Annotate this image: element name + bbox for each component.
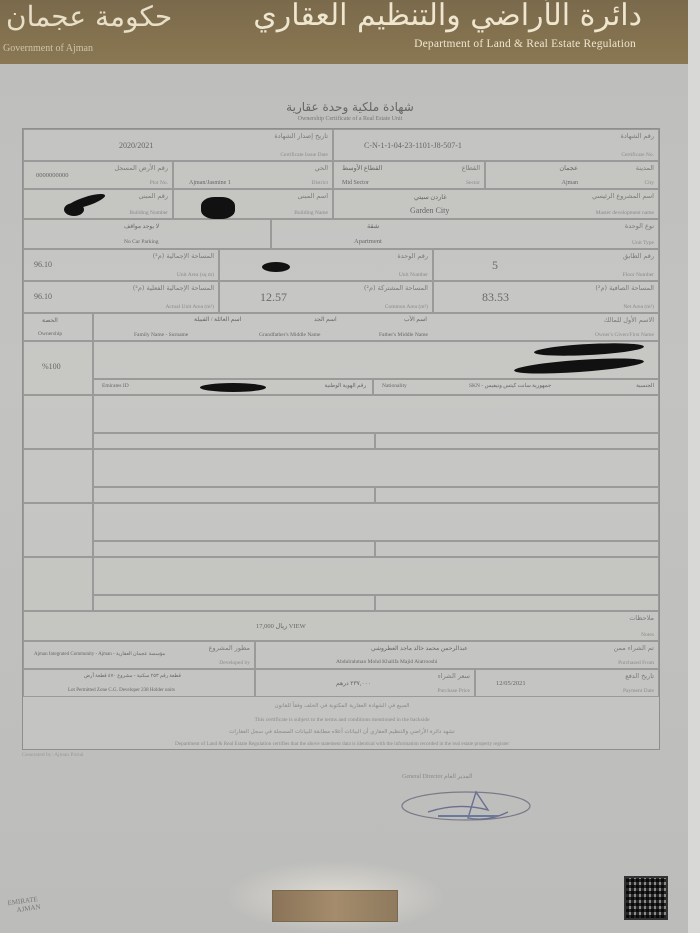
developer-cell: مطور المشروع Developed by Ajman Integrat… [23,641,255,669]
empty-id-cell [93,595,375,611]
plot-cell: رقم الأرض المسجل Plot No. 0000000000 [23,161,173,189]
label: رقم الأرض المسجل [114,164,168,172]
certificate-table: رقم الشهادة Certificate No. C-N-1-1-04-2… [22,128,660,750]
empty-id-cell [93,433,375,449]
footer-line-1: المبيع في الشهادة العقارية المكتوبة في ا… [23,703,661,709]
label: Common Area (m²) [385,304,428,310]
redaction-mark [64,203,84,216]
label: Certificate Issue Date [280,152,328,158]
label: اسم العائلة / القبيلة [194,316,241,323]
empty-share-cell [23,557,93,611]
label: Unit Area (sq m) [177,272,214,278]
label: Nationality [382,383,407,389]
label: Notes [641,632,654,638]
redaction-mark [262,262,290,272]
label: رقم الهوية الوطنية [325,383,366,389]
label: Father's Middle Name [379,332,428,338]
empty-share-cell [23,449,93,503]
label: Unit Number [399,272,428,278]
city-cell: المدينة City عجمان Ajman [485,161,659,189]
district-value: Ajman/Jasmine 1 [189,180,231,186]
label: Emirates ID [102,383,129,389]
document-title-english: Ownership Certificate of a Real Estate U… [0,116,700,122]
empty-id-cell [93,541,375,557]
label: القطاع [462,164,480,172]
empty-nationality-cell [375,541,659,557]
master-value-ar: غاردن سيتي [414,193,447,201]
sub-sector-label: القطاع الأوسط [342,164,382,172]
empty-owner-cell [93,449,659,487]
label: Grandfather's Middle Name [259,332,320,338]
redaction-mark [201,197,235,219]
net-area-value: 83.53 [482,290,509,305]
label: Master development name [596,210,654,216]
label: المدينة [636,164,654,172]
label: Building Number [129,210,168,216]
unit-type-value-en: Apartment [354,238,382,245]
empty-owner-cell [93,395,659,433]
issue-date-value: 2020/2021 [119,141,153,150]
government-logo-arabic: حكومة عجمان [6,0,172,33]
empty-owner-cell [93,503,659,541]
letterhead-banner: حكومة عجمان Government of Ajman دائرة ال… [0,0,688,64]
empty-nationality-cell [375,433,659,449]
actual-area-value: 96.10 [34,292,52,301]
master-value-en: Garden City [410,206,449,215]
department-name-english: Department of Land & Real Estate Regulat… [414,38,636,50]
purchased-from-ar: عبدالرحمن محمد خالد ماجد العطروشي [371,645,468,652]
government-name-english: Government of Ajman [3,43,93,54]
label: مطور المشروع [209,644,250,652]
label: المساحة الإجمالية (م²) [153,252,214,260]
label: سعر الشراء [438,672,470,680]
label: اسم الأب [404,316,427,323]
label: الاسم الأول للمالك [604,316,654,324]
owner-share-value: %100 [42,362,61,371]
unit-area-cell: المساحة الإجمالية (م²) Unit Area (sq m) … [23,249,219,281]
label: الحصة [42,317,58,324]
sub-sector-value: Mid Sector [342,180,369,186]
label: City [645,180,654,186]
empty-owner-cell [93,557,659,595]
label: Floor Number [623,272,654,278]
label: اسم الجد [314,316,337,323]
certificate-number-cell: رقم الشهادة Certificate No. C-N-1-1-04-2… [333,129,659,161]
nationality-cell: الجنسية SKN - جمهورية سانت كيتس ونيفيس N… [373,379,659,395]
qr-code[interactable] [624,876,668,920]
permit-cell: قطعة رقم ٢٥٣ سكنية - مشروع ٤٧٠ قطعة أرض … [23,669,255,697]
label: Actual Unit Area (m²) [165,304,214,310]
sector-cell: القطاع Sector القطاع الأوسط Mid Sector [333,161,485,189]
payment-date-value: 12/05/2021 [496,680,526,687]
label: رقم المبنى [138,192,168,200]
signature-title: General Director المدير العام [402,773,473,780]
unit-type-cell: نوع الوحدة Unit Type شقة Apartment [271,219,659,249]
owner-name-header-cell: الاسم الأول للمالك Owner's Given/First N… [93,313,659,341]
issue-date-cell: تاريخ إصدار الشهادة Certificate Issue Da… [23,129,333,161]
empty-share-cell [23,395,93,449]
unit-type-value-ar: شقة [367,222,379,230]
label: المساحة الصافية (م²) [595,284,654,292]
purchase-price-cell: سعر الشراء Purchase Price ٢٣٧,٠٠٠ درهم [255,669,475,697]
label: Developed by [219,660,250,666]
city-value-ar: عجمان [559,164,578,172]
label: Building Name [294,210,328,216]
master-project-cell: اسم المشروع الرئيسي Master development n… [333,189,659,219]
nationality-value: SKN - جمهورية سانت كيتس ونيفيس [469,383,551,389]
label: Net Area (m²) [623,304,654,310]
label: تاريخ إصدار الشهادة [274,132,328,140]
department-logo-arabic: دائرة الأراضي والتنظيم العقاري [253,0,642,33]
net-area-cell: المساحة الصافية (م²) Net Area (m²) 83.53 [433,281,659,313]
empty-nationality-cell [375,487,659,503]
label: المساحة المشتركة (م²) [364,284,428,292]
label: اسم المبنى [297,192,328,200]
label: تاريخ الدفع [625,672,654,680]
label: رقم الوحدة [397,252,428,260]
actual-area-cell: المساحة الإجمالية الفعلية (م²) Actual Un… [23,281,219,313]
label: اسم المشروع الرئيسي [592,192,654,200]
permit-en: Lot Permitted Zone C.G. Developer 238 Ho… [68,688,175,693]
label: الحي [315,164,328,172]
emirates-id-cell: رقم الهوية الوطنية Emirates ID [93,379,373,395]
label: Certificate No. [621,152,654,158]
purchased-from-cell: تم الشراء ممن Purchased From عبدالرحمن م… [255,641,659,669]
common-area-cell: المساحة المشتركة (م²) Common Area (m²) 1… [219,281,433,313]
label: Owner's Given/First Name [595,332,654,338]
label: District [312,180,329,186]
permit-ar: قطعة رقم ٢٥٣ سكنية - مشروع ٤٧٠ قطعة أرض [84,673,181,679]
purchased-from-en: Abdulrahman Mohd Khalifa Majid Alatroosh… [336,659,437,665]
owner-name-cell [93,341,659,379]
label: الجنسية [636,383,654,389]
unit-area-value: 96.10 [34,260,52,269]
empty-id-cell [93,487,375,503]
empty-share-cell [23,503,93,557]
label: رقم الشهادة [621,132,655,140]
common-area-value: 12.57 [260,290,287,305]
footer-line-4: Department of Land & Real Estate Regulat… [23,741,661,747]
label: Ownership [38,331,62,337]
footer-line-2: This certificate is subject to the terms… [23,717,661,723]
label: ملاحظات [629,614,654,622]
redaction-mark [200,383,266,392]
emirate-stamp: EMIRATE AJMAN [7,895,41,915]
label: Sector [466,180,480,186]
certificate-number-value: C-N-1-1-04-23-1101-J8-507-1 [364,141,462,150]
notes-cell: ملاحظات Notes ريال 17,000 VIEW [23,611,659,641]
floor-number-cell: رقم الطابق Floor Number 5 [433,249,659,281]
label: المساحة الإجمالية الفعلية (م²) [133,284,214,292]
payment-date-cell: تاريخ الدفع Payment Date 12/05/2021 [475,669,659,697]
label: تم الشراء ممن [614,644,655,652]
empty-nationality-cell [375,595,659,611]
label: Purchase Price [437,688,470,694]
signature-mark [398,782,538,832]
redaction-mark [514,355,645,376]
label: Family Name - Surname [134,332,188,338]
district-cell: الحي District Ajman/Jasmine 1 [173,161,333,189]
generated-note: Generated by: Ajman Portal [22,752,84,758]
page-edge [688,0,700,933]
unit-number-cell: رقم الوحدة Unit Number [219,249,433,281]
hologram-seal [272,890,398,922]
redaction-mark [534,341,644,358]
owner-share-cell: %100 [23,341,93,395]
parking-label-ar: لا يوجد مواقف [124,223,159,230]
label: نوع الوحدة [625,222,654,230]
label: Purchased From [618,660,654,666]
parking-cell: لا يوجد مواقف No Car Parking [23,219,271,249]
plot-value: 0000000000 [36,172,69,179]
developer-value: Ajman Integrated Community - Ajman - مؤس… [34,651,165,657]
building-number-cell: رقم المبنى Building Number [23,189,173,219]
label: Payment Date [623,688,654,694]
label: Plot No. [150,180,168,186]
label: رقم الطابق [623,252,654,260]
purchase-price-value: ٢٣٧,٠٠٠ درهم [336,680,371,687]
label: Unit Type [632,240,654,246]
notes-value: ريال 17,000 VIEW [256,622,306,630]
ownership-header-cell: الحصة Ownership [23,313,93,341]
city-value-en: Ajman [562,180,578,186]
floor-value: 5 [492,258,498,273]
document-title-arabic: شهادة ملكية وحدة عقارية [0,100,700,114]
building-name-cell: اسم المبنى Building Name [173,189,333,219]
parking-label-en: No Car Parking [124,239,159,245]
footer-line-3: تشهد دائرة الأراضي والتنظيم العقاري أن ا… [23,729,661,735]
